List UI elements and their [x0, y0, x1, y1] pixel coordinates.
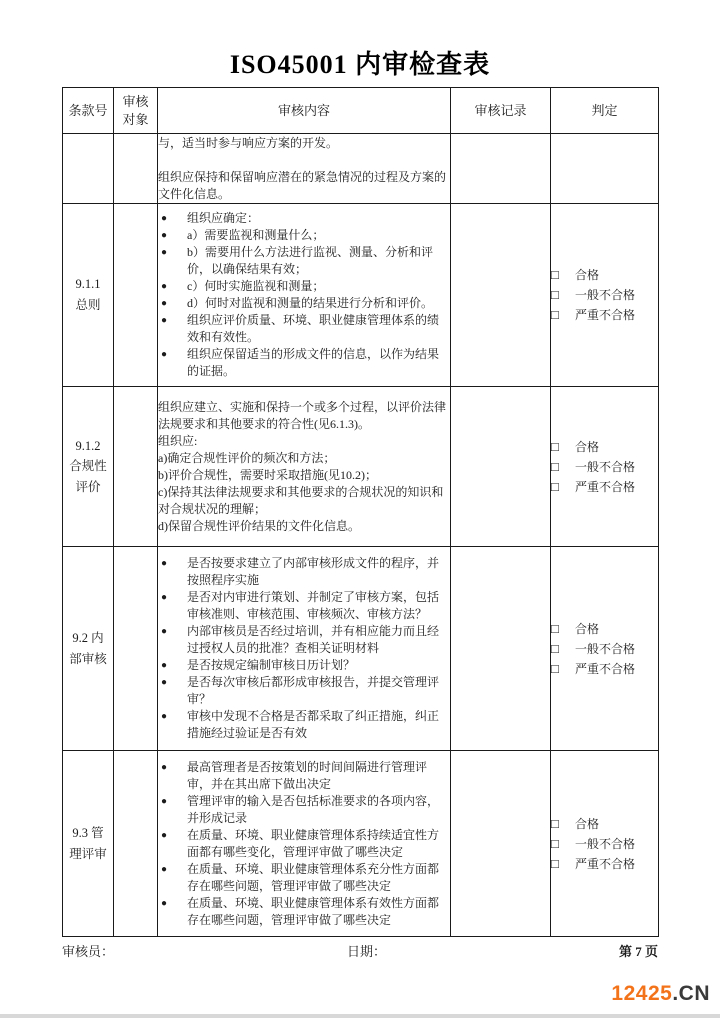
page-title: ISO45001 内审检查表: [0, 0, 720, 84]
checkbox-unchecked-icon: □: [551, 457, 575, 477]
bullet-icon: ●: [158, 759, 187, 793]
clause-no-cell: 9.3 管理评审: [63, 751, 114, 937]
audit-content-cell: ●组织应确定：●a）需要监视和测量什么；●b）需要用什么方法进行监视、测量、分析…: [158, 204, 451, 387]
judgment-option: □一般不合格: [551, 639, 658, 659]
item-text: a)确定合规性评价的频次和方法；: [158, 450, 450, 467]
item-text: 是否按要求建立了内部审核形成文件的程序，并按照程序实施: [187, 555, 450, 589]
bullet-item: ●审核中发现不合格是否都采取了纠正措施，纠正措施经过验证是否有效: [158, 708, 450, 742]
audit-object-cell: [114, 547, 158, 751]
bullet-item: ●组织应确定：: [158, 210, 450, 227]
item-text: 组织应建立、实施和保持一个或多个过程，以评价法律法规要求和其他要求的符合性(见6…: [158, 399, 450, 433]
bullet-item: ●a）需要监视和测量什么；: [158, 227, 450, 244]
content-paragraph: 组织应建立、实施和保持一个或多个过程，以评价法律法规要求和其他要求的符合性(见6…: [158, 399, 450, 433]
bullet-icon: ●: [158, 827, 187, 861]
site-logo-tld: .CN: [672, 982, 710, 1005]
date-label: 日期：: [347, 941, 386, 960]
bullet-item: ●最高管理者是否按策划的时间间隔进行管理评审，并在其出席下做出决定: [158, 759, 450, 793]
header-clause-no: 条款号: [63, 88, 114, 134]
bullet-item: ●管理评审的输入是否包括标准要求的各项内容，并形成记录: [158, 793, 450, 827]
table-row: 与，适当时参与响应方案的开发。组织应保持和保留响应潜在的紧急情况的过程及方案的文…: [63, 134, 659, 204]
item-text: 在质量、环境、职业健康管理体系充分性方面都存在哪些问题，管理评审做了哪些决定: [187, 861, 450, 895]
checkbox-unchecked-icon: □: [551, 265, 575, 285]
item-text: 组织应保留适当的形成文件的信息，以作为结果的证据。: [187, 346, 450, 380]
judgment-option: □严重不合格: [551, 659, 658, 679]
page-footer: 审核员： 日期： 第 7 页: [62, 941, 658, 960]
bullet-item: ●组织应评价质量、环境、职业健康管理体系的绩效和有效性。: [158, 312, 450, 346]
header-judgment: 判定: [551, 88, 659, 134]
audit-object-cell: [114, 204, 158, 387]
bullet-item: ●c）何时实施监视和测量；: [158, 278, 450, 295]
content-paragraph: 与，适当时参与响应方案的开发。: [158, 135, 450, 152]
judgment-option: □合格: [551, 619, 658, 639]
table-header: 条款号 审核 对象 审核内容 审核记录 判定: [63, 88, 659, 134]
judgment-cell: □合格□一般不合格□严重不合格: [551, 547, 659, 751]
judgment-cell: [551, 134, 659, 204]
item-text: 内部审核员是否经过培训，并有相应能力而且经过授权人员的批准？查相关证明材料: [187, 623, 450, 657]
audit-content-cell: 组织应建立、实施和保持一个或多个过程，以评价法律法规要求和其他要求的符合性(见6…: [158, 387, 451, 547]
checkbox-unchecked-icon: □: [551, 834, 575, 854]
bullet-icon: ●: [158, 312, 187, 346]
audit-content-cell: ●是否按要求建立了内部审核形成文件的程序，并按照程序实施●是否对内审进行策划、并…: [158, 547, 451, 751]
bullet-icon: ●: [158, 295, 187, 312]
item-text: b)评价合规性，需要时采取措施(见10.2)；: [158, 467, 450, 484]
audit-record-cell: [451, 751, 551, 937]
clause-line: 理评审: [63, 844, 113, 865]
bullet-icon: ●: [158, 674, 187, 708]
audit-object-cell: [114, 387, 158, 547]
item-text: b）需要用什么方法进行监视、测量、分析和评价，以确保结果有效；: [187, 244, 450, 278]
judgment-option-label: 合格: [575, 814, 599, 834]
bullet-icon: ●: [158, 244, 187, 278]
bullet-icon: ●: [158, 210, 187, 227]
auditor-label: 审核员：: [62, 941, 114, 960]
judgment-option-label: 一般不合格: [575, 457, 635, 477]
bullet-icon: ●: [158, 227, 187, 244]
judgment-option-label: 严重不合格: [575, 659, 635, 679]
checkbox-unchecked-icon: □: [551, 814, 575, 834]
judgment-option-label: 一般不合格: [575, 639, 635, 659]
judgment-option-label: 严重不合格: [575, 477, 635, 497]
bullet-icon: ●: [158, 623, 187, 657]
header-audit-record: 审核记录: [451, 88, 551, 134]
blank-line: [158, 152, 450, 169]
clause-line: 9.1.2: [63, 436, 113, 457]
table-row: 9.3 管理评审●最高管理者是否按策划的时间间隔进行管理评审，并在其出席下做出决…: [63, 751, 659, 937]
judgment-option: □严重不合格: [551, 477, 658, 497]
item-text: 组织应确定：: [187, 210, 259, 227]
bullet-item: ●在质量、环境、职业健康管理体系充分性方面都存在哪些问题，管理评审做了哪些决定: [158, 861, 450, 895]
site-logo-number: 12425: [611, 982, 672, 1005]
judgment-option: □一般不合格: [551, 457, 658, 477]
item-text: 是否每次审核后都形成审核报告，并提交管理评审？: [187, 674, 450, 708]
checkbox-unchecked-icon: □: [551, 285, 575, 305]
audit-record-cell: [451, 204, 551, 387]
item-text: 审核中发现不合格是否都采取了纠正措施，纠正措施经过验证是否有效: [187, 708, 450, 742]
item-text: 组织应评价质量、环境、职业健康管理体系的绩效和有效性。: [187, 312, 450, 346]
item-text: d)保留合规性评价结果的文件化信息。: [158, 518, 450, 535]
bullet-icon: ●: [158, 346, 187, 380]
clause-line: 总则: [63, 295, 113, 316]
bullet-item: ●b）需要用什么方法进行监视、测量、分析和评价，以确保结果有效；: [158, 244, 450, 278]
judgment-option: □合格: [551, 814, 658, 834]
header-audit-content: 审核内容: [158, 88, 451, 134]
item-text: 在质量、环境、职业健康管理体系持续适宜性方面都有哪些变化，管理评审做了哪些决定: [187, 827, 450, 861]
audit-object-cell: [114, 134, 158, 204]
judgment-cell: □合格□一般不合格□严重不合格: [551, 751, 659, 937]
table-body: 与，适当时参与响应方案的开发。组织应保持和保留响应潜在的紧急情况的过程及方案的文…: [63, 134, 659, 937]
bullet-icon: ●: [158, 895, 187, 929]
judgment-option: □严重不合格: [551, 854, 658, 874]
item-text: 是否对内审进行策划、并制定了审核方案，包括审核准则、审核范围、审核频次、审核方法…: [187, 589, 450, 623]
judgment-option-label: 严重不合格: [575, 854, 635, 874]
bullet-icon: ●: [158, 278, 187, 295]
document-page: ISO45001 内审检查表 条款号 审核 对象 审核内容 审核记录 判定 与，…: [0, 0, 720, 1018]
bullet-item: ●d）何时对监视和测量的结果进行分析和评价。: [158, 295, 450, 312]
judgment-option-label: 严重不合格: [575, 305, 635, 325]
site-logo: 12425.CN: [611, 982, 710, 1006]
item-text: 最高管理者是否按策划的时间间隔进行管理评审，并在其出席下做出决定: [187, 759, 450, 793]
audit-record-cell: [451, 387, 551, 547]
item-text: a）需要监视和测量什么；: [187, 227, 324, 244]
audit-content-cell: ●最高管理者是否按策划的时间间隔进行管理评审，并在其出席下做出决定●管理评审的输…: [158, 751, 451, 937]
judgment-option-label: 合格: [575, 437, 599, 457]
content-paragraph: 组织应保持和保留响应潜在的紧急情况的过程及方案的文件化信息。: [158, 169, 450, 203]
item-text: 组织应保持和保留响应潜在的紧急情况的过程及方案的文件化信息。: [158, 169, 450, 203]
clause-no-cell: 9.2 内部审核: [63, 547, 114, 751]
table-row: 9.1.2合规性评价组织应建立、实施和保持一个或多个过程，以评价法律法规要求和其…: [63, 387, 659, 547]
clause-no-cell: [63, 134, 114, 204]
judgment-option-label: 合格: [575, 619, 599, 639]
audit-checklist-table: 条款号 审核 对象 审核内容 审核记录 判定 与，适当时参与响应方案的开发。组织…: [62, 87, 659, 937]
bullet-icon: ●: [158, 589, 187, 623]
bullet-item: ●是否按要求建立了内部审核形成文件的程序，并按照程序实施: [158, 555, 450, 589]
item-text: c)保持其法律法规要求和其他要求的合规状况的知识和对合规状况的理解；: [158, 484, 450, 518]
bullet-icon: ●: [158, 793, 187, 827]
clause-line: 9.3 管: [63, 823, 113, 844]
judgment-option-label: 一般不合格: [575, 834, 635, 854]
content-paragraph: d)保留合规性评价结果的文件化信息。: [158, 518, 450, 535]
clause-line: 部审核: [63, 649, 113, 670]
checkbox-unchecked-icon: □: [551, 854, 575, 874]
audit-record-cell: [451, 547, 551, 751]
judgment-option: □合格: [551, 265, 658, 285]
clause-no-cell: 9.1.1总则: [63, 204, 114, 387]
clause-no-cell: 9.1.2合规性评价: [63, 387, 114, 547]
clause-line: 9.2 内: [63, 628, 113, 649]
judgment-cell: □合格□一般不合格□严重不合格: [551, 204, 659, 387]
judgment-option: □一般不合格: [551, 285, 658, 305]
judgment-option: □合格: [551, 437, 658, 457]
table-row: 9.1.1总则●组织应确定：●a）需要监视和测量什么；●b）需要用什么方法进行监…: [63, 204, 659, 387]
item-text: 是否按规定编制审核日历计划？: [187, 657, 355, 674]
checkbox-unchecked-icon: □: [551, 437, 575, 457]
checkbox-unchecked-icon: □: [551, 619, 575, 639]
header-row: 条款号 审核 对象 审核内容 审核记录 判定: [63, 88, 659, 134]
content-paragraph: c)保持其法律法规要求和其他要求的合规状况的知识和对合规状况的理解；: [158, 484, 450, 518]
bullet-item: ●组织应保留适当的形成文件的信息，以作为结果的证据。: [158, 346, 450, 380]
item-text: 与，适当时参与响应方案的开发。: [158, 135, 450, 152]
checkbox-unchecked-icon: □: [551, 659, 575, 679]
bullet-icon: ●: [158, 708, 187, 742]
audit-record-cell: [451, 134, 551, 204]
item-text: 在质量、环境、职业健康管理体系有效性方面都存在哪些问题，管理评审做了哪些决定: [187, 895, 450, 929]
checkbox-unchecked-icon: □: [551, 639, 575, 659]
content-paragraph: a)确定合规性评价的频次和方法；: [158, 450, 450, 467]
audit-object-cell: [114, 751, 158, 937]
bullet-item: ●是否对内审进行策划、并制定了审核方案，包括审核准则、审核范围、审核频次、审核方…: [158, 589, 450, 623]
content-paragraph: 组织应:: [158, 433, 450, 450]
item-text: c）何时实施监视和测量；: [187, 278, 324, 295]
header-audit-object: 审核 对象: [114, 88, 158, 134]
bullet-icon: ●: [158, 657, 187, 674]
judgment-option: □一般不合格: [551, 834, 658, 854]
bullet-item: ●是否按规定编制审核日历计划？: [158, 657, 450, 674]
bullet-item: ●在质量、环境、职业健康管理体系有效性方面都存在哪些问题，管理评审做了哪些决定: [158, 895, 450, 929]
audit-content-cell: 与，适当时参与响应方案的开发。组织应保持和保留响应潜在的紧急情况的过程及方案的文…: [158, 134, 451, 204]
bullet-item: ●是否每次审核后都形成审核报告，并提交管理评审？: [158, 674, 450, 708]
content-paragraph: b)评价合规性，需要时采取措施(见10.2)；: [158, 467, 450, 484]
item-text: 组织应:: [158, 433, 450, 450]
bullet-icon: ●: [158, 555, 187, 589]
bullet-icon: ●: [158, 861, 187, 895]
bullet-item: ●内部审核员是否经过培训，并有相应能力而且经过授权人员的批准？查相关证明材料: [158, 623, 450, 657]
item-text: d）何时对监视和测量的结果进行分析和评价。: [187, 295, 433, 312]
table-row: 9.2 内部审核●是否按要求建立了内部审核形成文件的程序，并按照程序实施●是否对…: [63, 547, 659, 751]
page-bottom-edge: [0, 1014, 720, 1018]
judgment-option-label: 合格: [575, 265, 599, 285]
judgment-cell: □合格□一般不合格□严重不合格: [551, 387, 659, 547]
judgment-option: □严重不合格: [551, 305, 658, 325]
clause-line: 9.1.1: [63, 274, 113, 295]
page-number: 第 7 页: [619, 941, 658, 960]
bullet-item: ●在质量、环境、职业健康管理体系持续适宜性方面都有哪些变化，管理评审做了哪些决定: [158, 827, 450, 861]
clause-line: 评价: [63, 477, 113, 498]
checkbox-unchecked-icon: □: [551, 477, 575, 497]
clause-line: 合规性: [63, 456, 113, 477]
judgment-option-label: 一般不合格: [575, 285, 635, 305]
item-text: 管理评审的输入是否包括标准要求的各项内容，并形成记录: [187, 793, 450, 827]
checkbox-unchecked-icon: □: [551, 305, 575, 325]
